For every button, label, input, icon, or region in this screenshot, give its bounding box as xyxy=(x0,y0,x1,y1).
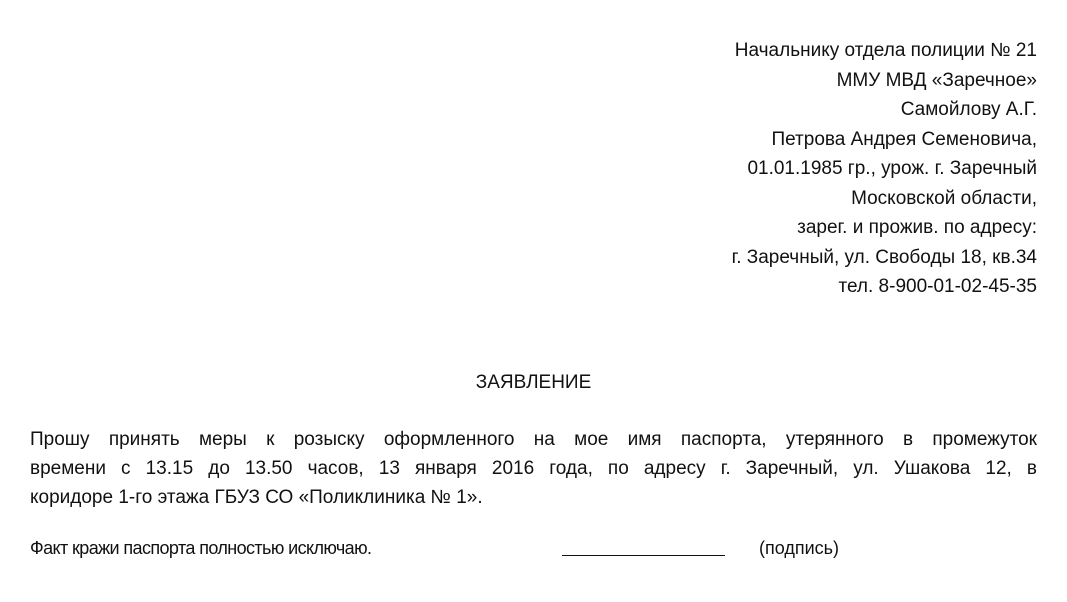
document-title: ЗАЯВЛЕНИЕ xyxy=(0,371,1067,395)
addressee-line-applicant-name: Петрова Андрея Семеновича, xyxy=(732,125,1037,155)
body-line: коридоре 1-го этажа ГБУЗ СО «Поликлиника… xyxy=(30,483,1037,512)
addressee-line-region: Московской области, xyxy=(732,184,1037,214)
addressee-line-recipient-name: Самойлову А.Г. xyxy=(732,95,1037,125)
addressee-line-address: г. Заречный, ул. Свободы 18, кв.34 xyxy=(732,243,1037,273)
body-line: времени с 13.15 до 13.50 часов, 13 январ… xyxy=(30,454,1037,483)
statement-text: Факт кражи паспорта полностью исключаю. xyxy=(30,536,371,560)
document-body: Прошу принять меры к розыску оформленног… xyxy=(30,425,1037,512)
body-line: Прошу принять меры к розыску оформленног… xyxy=(30,425,1037,454)
addressee-line-birth-info: 01.01.1985 гр., урож. г. Заречный xyxy=(732,154,1037,184)
signature-line xyxy=(562,555,725,556)
addressee-line-registration: зарег. и прожив. по адресу: xyxy=(732,213,1037,243)
addressee-line-recipient-title: Начальнику отдела полиции № 21 xyxy=(732,36,1037,66)
addressee-line-department: ММУ МВД «Заречное» xyxy=(732,66,1037,96)
addressee-line-phone: тел. 8-900-01-02-45-35 xyxy=(732,272,1037,302)
signature-label: (подпись) xyxy=(759,536,839,560)
addressee-block: Начальнику отдела полиции № 21 ММУ МВД «… xyxy=(732,36,1037,302)
